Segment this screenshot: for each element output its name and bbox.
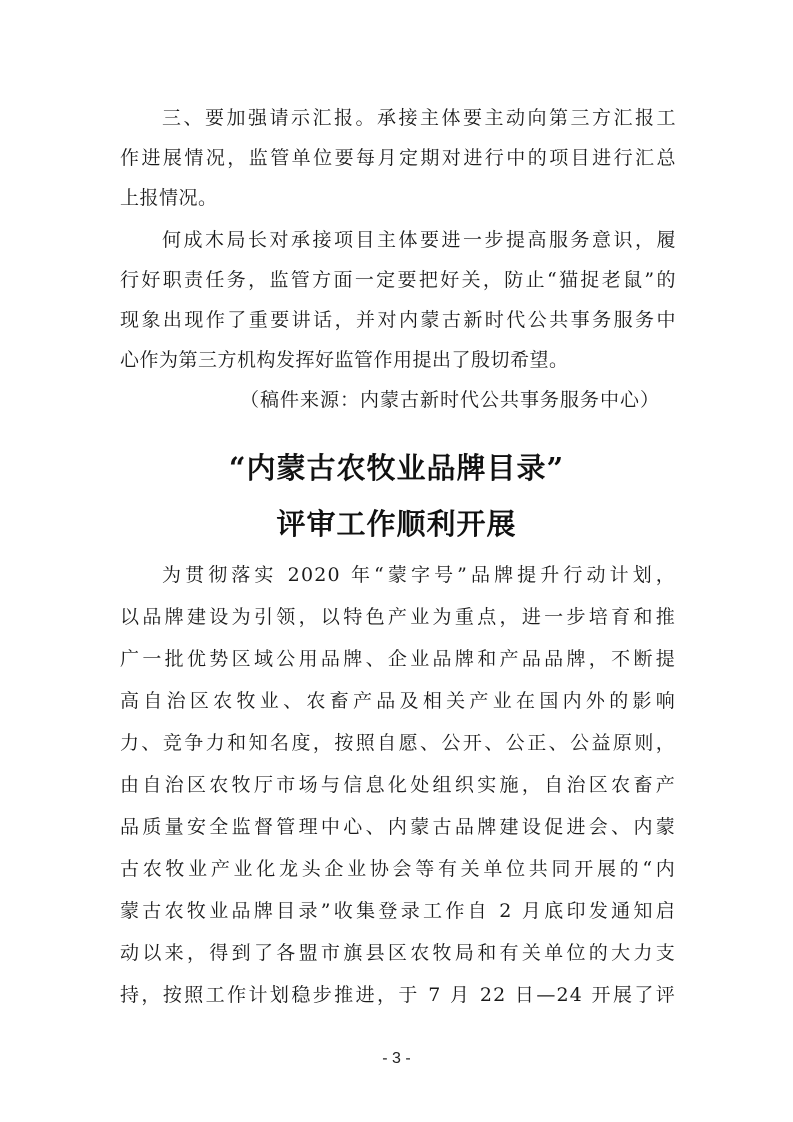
source-attribution: （稿件来源：内蒙古新时代公共事务服务中心） [240, 388, 680, 412]
document-page: 三、要加强请示汇报。承接主体要主动向第三方汇报工 作进展情况，监管单位要每月定期… [0, 0, 793, 1122]
paragraph-line: 为贯彻落实 2020 年“蒙字号”品牌提升行动计划， [162, 563, 676, 587]
article-title-line1: “内蒙古农牧业品牌目录” [0, 450, 793, 486]
paragraph-line: 由自治区农牧厅市场与信息化处组织实施，自治区农畜产 [120, 773, 676, 797]
paragraph-line: 以品牌建设为引领，以特色产业为重点，进一步培育和推 [120, 605, 676, 629]
paragraph-line: 行好职责任务，监管方面一定要把好关，防止“猫捉老鼠”的 [120, 268, 676, 292]
paragraph-line: 三、要加强请示汇报。承接主体要主动向第三方汇报工 [162, 106, 676, 130]
paragraph-line: 品质量安全监督管理中心、内蒙古品牌建设促进会、内蒙 [120, 815, 676, 839]
paragraph-line: 力、竞争力和知名度，按照自愿、公开、公正、公益原则， [120, 731, 676, 755]
article-title-line2: 评审工作顺利开展 [0, 506, 793, 542]
paragraph-line: 现象出现作了重要讲话，并对内蒙古新时代公共事务服务中 [120, 308, 676, 332]
paragraph-line: 蒙古农牧业品牌目录”收集登录工作自 2 月底印发通知启 [120, 899, 676, 923]
paragraph-line: 作进展情况，监管单位要每月定期对进行中的项目进行汇总 [120, 146, 676, 170]
paragraph-line: 何成木局长对承接项目主体要进一步提高服务意识，履 [162, 228, 676, 252]
paragraph-line: 高自治区农牧业、农畜产品及相关产业在国内外的影响 [120, 689, 676, 713]
paragraph-line: 广一批优势区域公用品牌、企业品牌和产品品牌，不断提 [120, 647, 676, 671]
paragraph-line: 古农牧业产业化龙头企业协会等有关单位共同开展的“内 [120, 857, 676, 881]
page-number: - 3 - [0, 1050, 793, 1068]
paragraph-line: 心作为第三方机构发挥好监管作用提出了殷切希望。 [120, 348, 676, 372]
paragraph-line: 持，按照工作计划稳步推进，于 7 月 22 日—24 开展了评 [120, 983, 676, 1007]
paragraph-line: 上报情况。 [120, 186, 676, 210]
paragraph-line: 动以来，得到了各盟市旗县区农牧局和有关单位的大力支 [120, 941, 676, 965]
